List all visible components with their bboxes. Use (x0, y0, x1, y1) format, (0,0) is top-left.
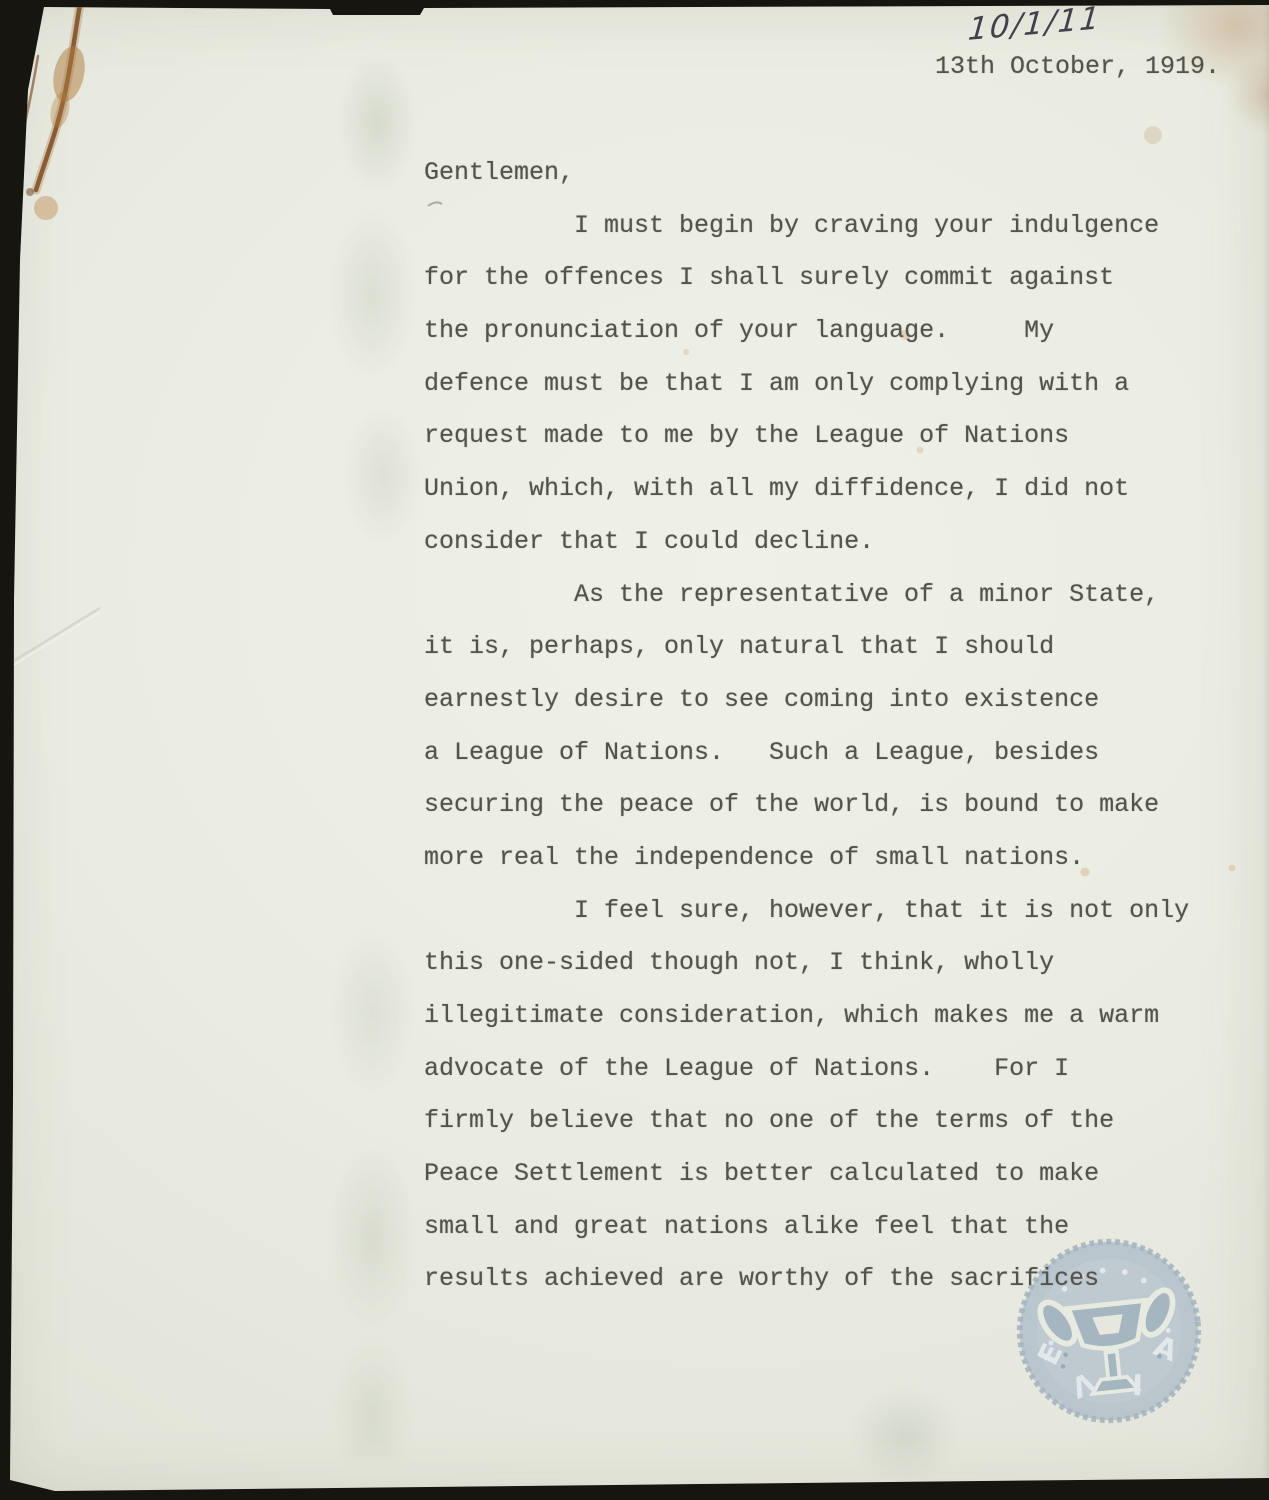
letter-date: 13th October, 1919. (935, 52, 1220, 81)
letter-line: small and great nations alike feel that … (424, 1201, 1254, 1254)
letter-line: more real the independence of small nati… (424, 832, 1254, 885)
letter-line: Union, which, with all my diffidence, I … (424, 463, 1254, 516)
letter-line: for the offences I shall surely commit a… (424, 252, 1254, 305)
scanned-letter-page: Ε Λ Ι Α 10/1/11 13th October, 1919. Gent… (0, 0, 1269, 1500)
handwritten-reference-number: 10/1/11 (967, 0, 1103, 48)
letter-body: Gentlemen, I must begin by craving your … (424, 147, 1254, 1306)
letter-line: a League of Nations. Such a League, besi… (424, 727, 1254, 780)
letter-line: request made to me by the League of Nati… (424, 410, 1254, 463)
letter-line: consider that I could decline. (424, 516, 1254, 569)
letter-line: advocate of the League of Nations. For I (424, 1043, 1254, 1096)
bleed-through-ghost-bottom (320, 900, 425, 1460)
letter-line: As the representative of a minor State, (424, 569, 1254, 622)
letter-line: illegitimate consideration, which makes … (424, 990, 1254, 1043)
letter-line: results achieved are worthy of the sacri… (424, 1253, 1254, 1306)
letter-line: Peace Settlement is better calculated to… (424, 1148, 1254, 1201)
top-right-stain (1100, 0, 1269, 170)
letter-line: securing the peace of the world, is boun… (424, 779, 1254, 832)
salutation: Gentlemen, (424, 147, 1254, 200)
letter-line: it is, perhaps, only natural that I shou… (424, 621, 1254, 674)
letter-line: the pronunciation of your language. My (424, 305, 1254, 358)
letter-line: earnestly desire to see coming into exis… (424, 674, 1254, 727)
letter-line: defence must be that I am only complying… (424, 358, 1254, 411)
bleed-through-ghost-top (325, 60, 430, 580)
letter-line: this one-sided though not, I think, whol… (424, 937, 1254, 990)
seal-letter-iota: Ι (1132, 1369, 1144, 1402)
letter-line: I must begin by craving your indulgence (424, 200, 1254, 253)
letter-line: firmly believe that no one of the terms … (424, 1095, 1254, 1148)
letter-paper: Ε Λ Ι Α 10/1/11 13th October, 1919. Gent… (0, 0, 1269, 1500)
letter-line: I feel sure, however, that it is not onl… (424, 885, 1254, 938)
bleed-through-ghost-circle (830, 1370, 980, 1500)
